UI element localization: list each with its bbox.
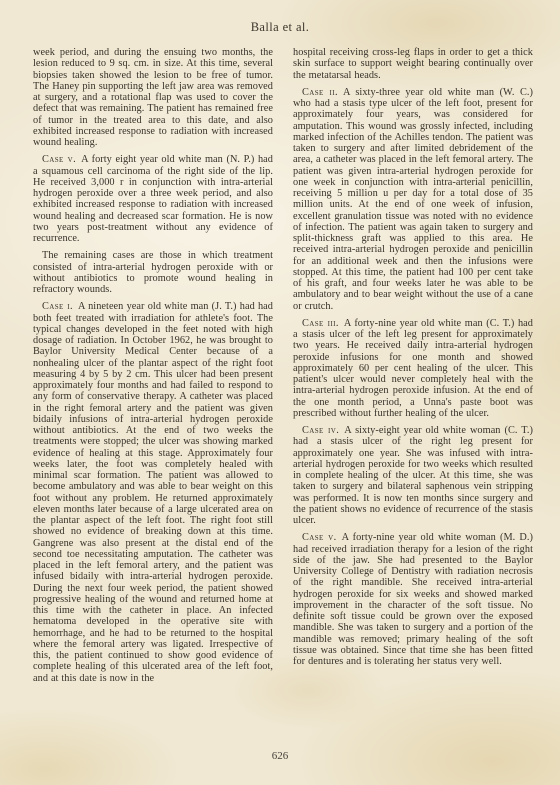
scanned-paper-page: Balla et al. week period, and during the… — [0, 0, 560, 785]
case-i-paragraph: Case i.A nineteen year old white man (J.… — [33, 301, 273, 684]
case-iv-paragraph: Case iv.A sixty-eight year old white wom… — [293, 425, 533, 526]
case-ii-paragraph: Case ii.A sixty-three year old white man… — [293, 87, 533, 312]
continuation-paragraph: hospital receiving cross-leg flaps in or… — [293, 47, 533, 81]
case-iii-paragraph: Case iii.A forty-nine year old white man… — [293, 318, 533, 419]
paragraph-text: The remaining cases are those in which t… — [33, 250, 273, 295]
left-column: week period, and during the ensuing two … — [33, 47, 273, 684]
page-number: 626 — [0, 750, 560, 762]
paragraph-text: A sixty-eight year old white woman (C. T… — [293, 425, 533, 526]
case-label: Case ii. — [302, 87, 338, 98]
running-head: Balla et al. — [0, 20, 560, 35]
continuation-paragraph: week period, and during the ensuing two … — [33, 47, 273, 148]
right-column: hospital receiving cross-leg flaps in or… — [293, 47, 533, 684]
case-v-radiation-paragraph: Case v.A forty eight year old white man … — [33, 154, 273, 244]
paragraph-text: A nineteen year old white man (J. T.) ha… — [33, 301, 273, 683]
paragraph-text: A forty-nine year old white woman (M. D.… — [293, 532, 533, 667]
remaining-cases-paragraph: The remaining cases are those in which t… — [33, 250, 273, 295]
paragraph-text: hospital receiving cross-leg flaps in or… — [293, 47, 533, 81]
case-label: Case iv. — [302, 425, 339, 436]
paragraph-text: A sixty-three year old white man (W. C.)… — [293, 87, 533, 312]
paragraph-text: A forty-nine year old white man (C. T.) … — [293, 318, 533, 419]
case-label: Case iii. — [302, 318, 339, 329]
case-label: Case i. — [42, 301, 73, 312]
text-columns: week period, and during the ensuing two … — [33, 47, 533, 684]
case-v-paragraph: Case v.A forty-nine year old white woman… — [293, 532, 533, 667]
paragraph-text: A forty eight year old white man (N. P.)… — [33, 154, 273, 244]
case-label: Case v. — [42, 154, 76, 165]
case-label: Case v. — [302, 532, 337, 543]
paragraph-text: week period, and during the ensuing two … — [33, 47, 273, 148]
